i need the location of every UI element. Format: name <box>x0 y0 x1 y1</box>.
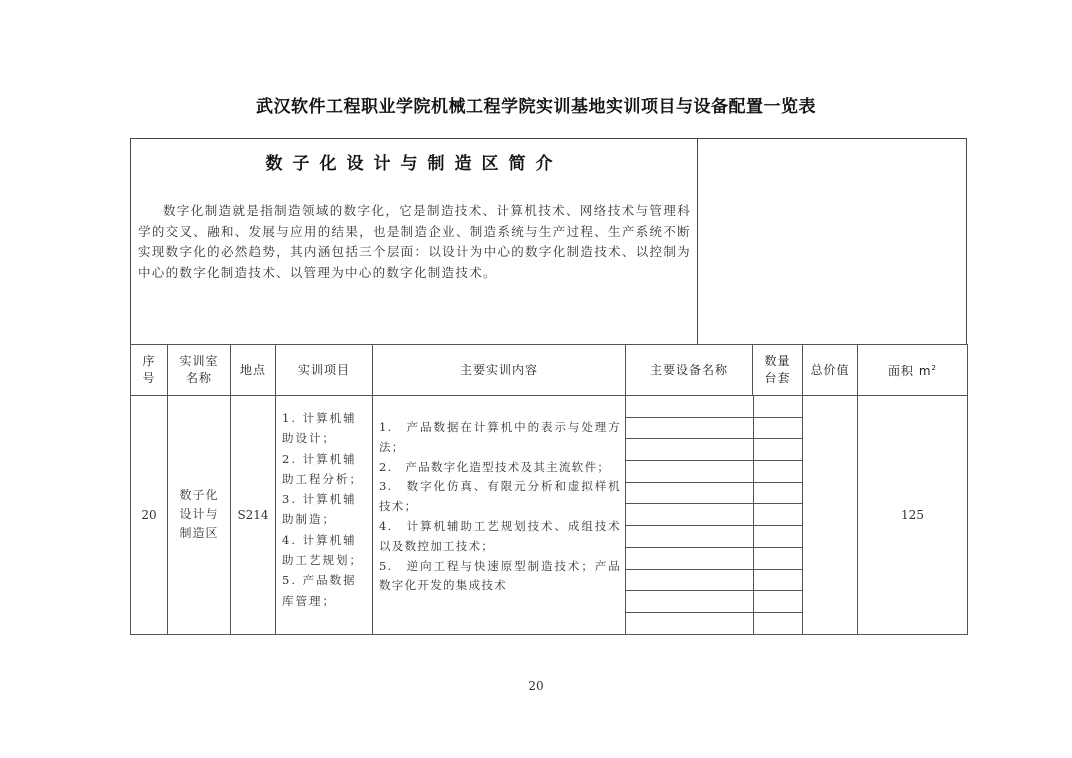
cell-room-name: 数子化设计与制造区 <box>168 396 231 635</box>
cell-contents: 1. 产品数据在计算机中的表示与处理方法； 2. 产品数字化造型技术及其主流软件… <box>373 396 626 635</box>
equipment-cell <box>626 547 753 569</box>
equipment-grid <box>626 396 803 635</box>
training-table: 序号 实训室名称 地点 实训项目 主要实训内容 主要设备名称 数量台套 总价值 … <box>130 344 967 635</box>
cell-area: 125 <box>858 396 968 635</box>
page-number: 20 <box>0 679 1072 693</box>
quantity-cell <box>753 417 803 439</box>
document-title: 武汉软件工程职业学院机械工程学院实训基地实训项目与设备配置一览表 <box>0 92 1072 117</box>
equipment-cell <box>626 417 753 439</box>
quantity-cell <box>753 439 803 461</box>
equipment-cell <box>626 591 753 613</box>
cell-location: S214 <box>231 396 276 635</box>
header-total-value: 总价值 <box>803 345 858 396</box>
cell-index: 20 <box>131 396 168 635</box>
cell-projects: 1. 计算机辅助设计； 2. 计算机辅助工程分析； 3. 计算机辅助制造； 4.… <box>276 396 373 635</box>
equipment-cell <box>626 569 753 591</box>
header-contents: 主要实训内容 <box>373 345 626 396</box>
header-quantity: 数量台套 <box>753 345 803 396</box>
header-projects: 实训项目 <box>276 345 373 396</box>
intro-text-panel: 数子化设计与制造区简介 数字化制造就是指制造领域的数字化，它是制造技术、计算机技… <box>131 139 698 344</box>
cell-total-value <box>803 396 858 635</box>
equipment-cell <box>626 439 753 461</box>
quantity-cell <box>753 396 803 417</box>
intro-box: 数子化设计与制造区简介 数字化制造就是指制造领域的数字化，它是制造技术、计算机技… <box>130 138 967 344</box>
header-area: 面积 m2 <box>858 345 968 396</box>
intro-body: 数字化制造就是指制造领域的数字化，它是制造技术、计算机技术、网络技术与管理科学的… <box>138 201 691 283</box>
quantity-cell <box>753 547 803 569</box>
equipment-cell <box>626 396 753 417</box>
quantity-cell <box>753 569 803 591</box>
intro-heading: 数子化设计与制造区简介 <box>131 149 697 174</box>
equipment-cell <box>626 612 753 633</box>
equipment-cell <box>626 482 753 504</box>
quantity-cell <box>753 461 803 483</box>
header-room-name: 实训室名称 <box>168 345 231 396</box>
header-equipment: 主要设备名称 <box>626 345 753 396</box>
header-index: 序号 <box>131 345 168 396</box>
equipment-cell <box>626 461 753 483</box>
equipment-cell <box>626 504 753 526</box>
header-location: 地点 <box>231 345 276 396</box>
quantity-cell <box>753 591 803 613</box>
quantity-cell <box>753 504 803 526</box>
quantity-cell <box>753 482 803 504</box>
quantity-cell <box>753 612 803 633</box>
table-header-row: 序号 实训室名称 地点 实训项目 主要实训内容 主要设备名称 数量台套 总价值 … <box>131 345 968 396</box>
equipment-cell <box>626 526 753 548</box>
quantity-cell <box>753 526 803 548</box>
table-row: 20 数子化设计与制造区 S214 1. 计算机辅助设计； 2. 计算机辅助工程… <box>131 396 968 635</box>
